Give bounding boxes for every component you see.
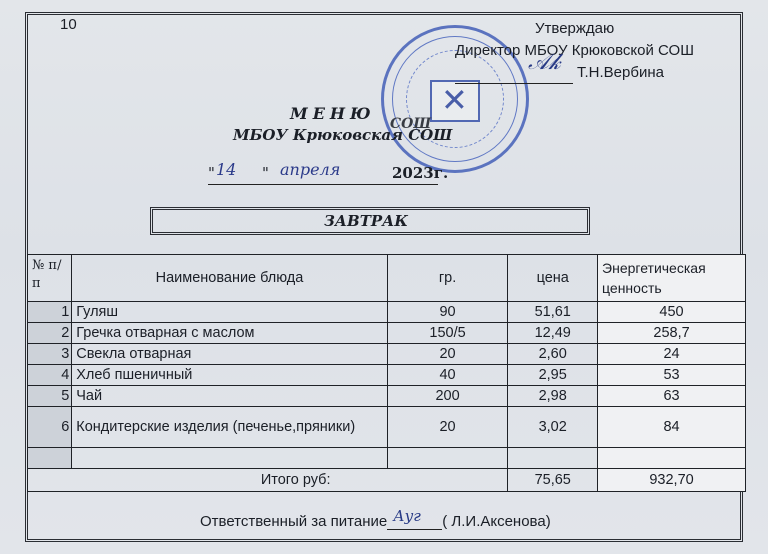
approval-heading: Утверждаю xyxy=(535,18,614,40)
row-price-empty xyxy=(508,448,598,469)
row-num: 6 xyxy=(28,407,72,448)
director-signature-icon: 𝒜𝓀 xyxy=(528,50,561,75)
date-day: 14 xyxy=(216,160,236,179)
row-num: 2 xyxy=(28,323,72,344)
coat-of-arms-icon xyxy=(430,80,480,122)
responsible-signature-icon xyxy=(387,513,442,530)
date-quote-open: " xyxy=(208,164,215,182)
row-energy: 258,7 xyxy=(598,323,746,344)
row-price: 51,61 xyxy=(508,302,598,323)
table-row: 5 Чай 200 2,98 63 xyxy=(28,386,746,407)
row-gr: 40 xyxy=(387,365,508,386)
table-row-empty xyxy=(28,448,746,469)
row-energy-empty xyxy=(598,448,746,469)
row-num: 1 xyxy=(28,302,72,323)
row-gr: 150/5 xyxy=(387,323,508,344)
document-sheet: 10 СОШ Утверждаю Директор МБОУ Крюковско… xyxy=(0,0,768,554)
row-gr: 90 xyxy=(387,302,508,323)
row-gr-empty xyxy=(387,448,508,469)
row-name: Хлеб пшеничный xyxy=(72,365,387,386)
menu-table: № п/п Наименование блюда гр. цена Энерге… xyxy=(27,254,746,492)
director-signature-line xyxy=(455,83,573,84)
table-row: 6 Кондитерские изделия (печенье,пряники)… xyxy=(28,407,746,448)
page-number: 10 xyxy=(60,16,77,33)
row-gr: 20 xyxy=(387,344,508,365)
row-name: Свекла отварная xyxy=(72,344,387,365)
row-num: 4 xyxy=(28,365,72,386)
table-row: 2 Гречка отварная с маслом 150/5 12,49 2… xyxy=(28,323,746,344)
responsible-person: ( Л.И.Аксенова) xyxy=(442,513,550,530)
date-year: 2023г. xyxy=(392,164,448,182)
row-name: Гречка отварная с маслом xyxy=(72,323,387,344)
meal-title: ЗАВТРАК xyxy=(324,212,408,230)
date-month: апреля xyxy=(280,160,340,179)
total-price: 75,65 xyxy=(508,469,598,492)
row-num-empty xyxy=(28,448,72,469)
row-energy: 84 xyxy=(598,407,746,448)
row-energy: 53 xyxy=(598,365,746,386)
header-price: цена xyxy=(508,255,598,302)
table-row: 4 Хлеб пшеничный 40 2,95 53 xyxy=(28,365,746,386)
row-name-empty xyxy=(72,448,387,469)
row-name: Чай xyxy=(72,386,387,407)
row-price: 3,02 xyxy=(508,407,598,448)
header-name: Наименование блюда xyxy=(72,255,387,302)
row-name: Кондитерские изделия (печенье,пряники) xyxy=(72,407,387,448)
responsible-label: Ответственный за питание xyxy=(200,513,387,530)
row-energy: 24 xyxy=(598,344,746,365)
total-label: Итого руб: xyxy=(28,469,508,492)
header-energy: Энергетическая ценность xyxy=(598,255,746,302)
menu-date: " 14 " апреля 2023г. xyxy=(208,164,438,185)
row-price: 2,60 xyxy=(508,344,598,365)
approval-signer: Т.Н.Вербина xyxy=(577,64,664,81)
row-energy: 450 xyxy=(598,302,746,323)
total-row: Итого руб: 75,65 932,70 xyxy=(28,469,746,492)
date-quote-close: " xyxy=(262,164,269,182)
row-num: 5 xyxy=(28,386,72,407)
row-price: 12,49 xyxy=(508,323,598,344)
row-price: 2,95 xyxy=(508,365,598,386)
approval-position: Директор МБОУ Крюковской СОШ xyxy=(455,40,694,62)
row-gr: 20 xyxy=(387,407,508,448)
meal-title-box: ЗАВТРАК xyxy=(150,207,590,235)
header-gr: гр. xyxy=(387,255,508,302)
row-num: 3 xyxy=(28,344,72,365)
school-name: МБОУ Крюковская СОШ xyxy=(233,126,452,144)
header-num: № п/п xyxy=(28,255,72,302)
row-name: Гуляш xyxy=(72,302,387,323)
responsible-footer: Ответственный за питание( Л.И.Аксенова) xyxy=(200,513,740,530)
table-header-row: № п/п Наименование блюда гр. цена Энерге… xyxy=(28,255,746,302)
page-title: МЕНЮ xyxy=(290,104,376,123)
total-energy: 932,70 xyxy=(598,469,746,492)
row-energy: 63 xyxy=(598,386,746,407)
row-gr: 200 xyxy=(387,386,508,407)
row-price: 2,98 xyxy=(508,386,598,407)
table-row: 3 Свекла отварная 20 2,60 24 xyxy=(28,344,746,365)
table-row: 1 Гуляш 90 51,61 450 xyxy=(28,302,746,323)
